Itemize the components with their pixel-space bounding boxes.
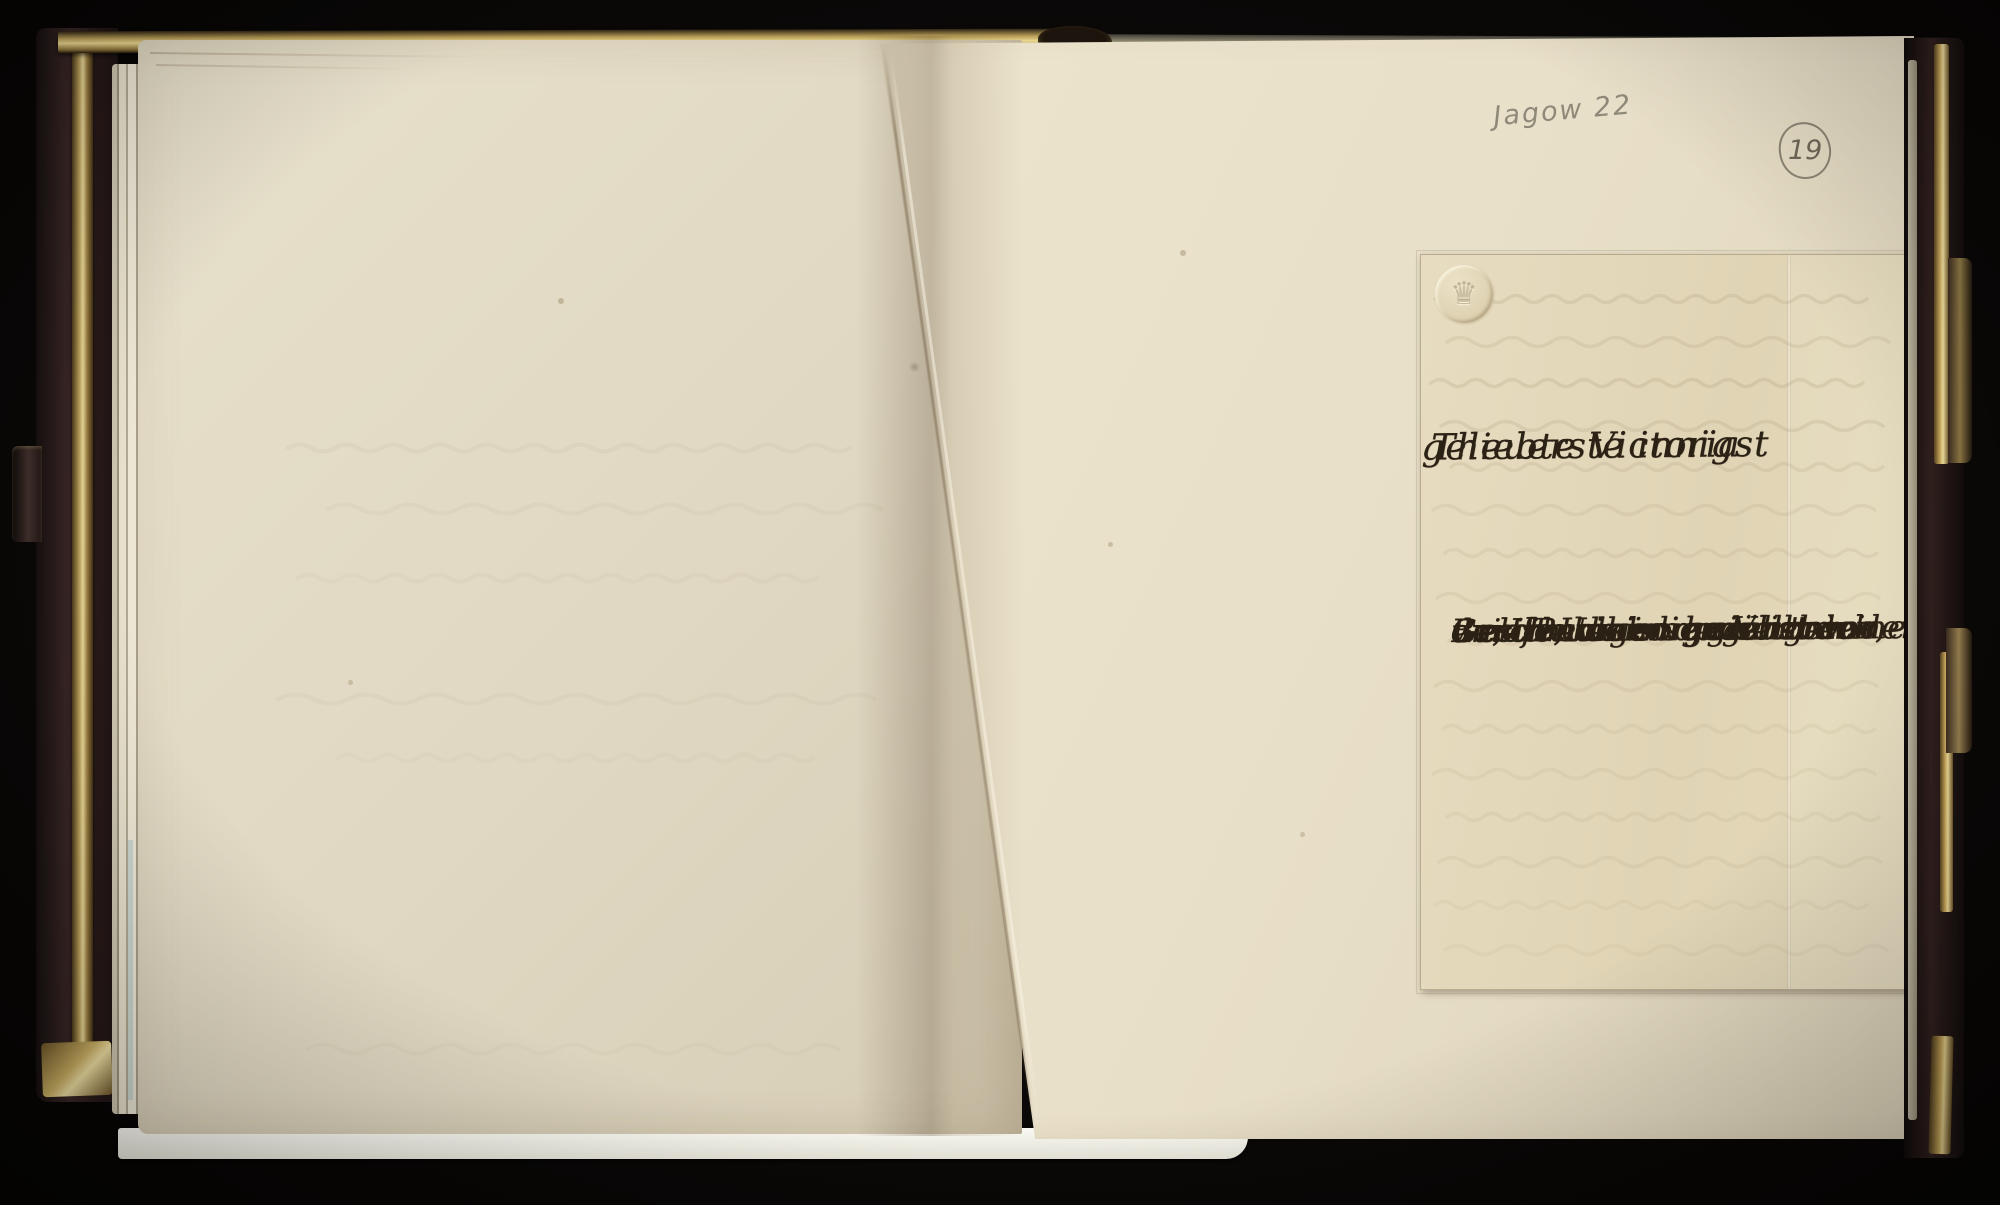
photo-backdrop: Jagow 22 19 — [0, 0, 2000, 1205]
cover-gilt-corner-bottom-left — [41, 1041, 113, 1097]
embossed-crown-seal-icon: ♛ — [1435, 265, 1493, 323]
foxing-spot — [908, 362, 921, 372]
cover-gilt-strip-left — [72, 44, 93, 1076]
clasp-right-upper — [1948, 258, 1972, 463]
letter-salutation-line: geliebte Victoria — [1421, 420, 1741, 473]
letter-body: Ich bin so gerührt von dem Beweis von Ve… — [1451, 603, 1897, 607]
cover-gilt-corner-bottom-right — [1928, 1036, 1953, 1155]
clasp-left — [12, 446, 42, 542]
left-page — [138, 40, 1022, 1134]
page-stack-edge-blue-2 — [128, 840, 133, 1100]
foxing-spot — [1108, 542, 1113, 547]
clasp-right-lower — [1946, 628, 1972, 753]
stacked-sheet-edge — [156, 64, 416, 70]
foxing-spot — [348, 680, 353, 685]
foxing-spot — [1180, 250, 1186, 256]
bleed-through-writing-left — [138, 40, 1022, 1134]
foxing-spot — [1300, 832, 1305, 837]
stacked-sheet-edge — [150, 52, 480, 58]
cover-gilt-strip-right-upper — [1934, 44, 1949, 464]
pasted-letter: ♛ Theuerste innigst geliebte Victoria Ic… — [1420, 254, 1914, 990]
foxing-spot — [558, 298, 564, 304]
letter-body-line: welche du in denselben — [1451, 604, 1845, 655]
page-number: 19 — [1788, 135, 1822, 166]
crown-glyph: ♛ — [1451, 277, 1478, 312]
page-edge-strip-right — [1908, 60, 1917, 1120]
